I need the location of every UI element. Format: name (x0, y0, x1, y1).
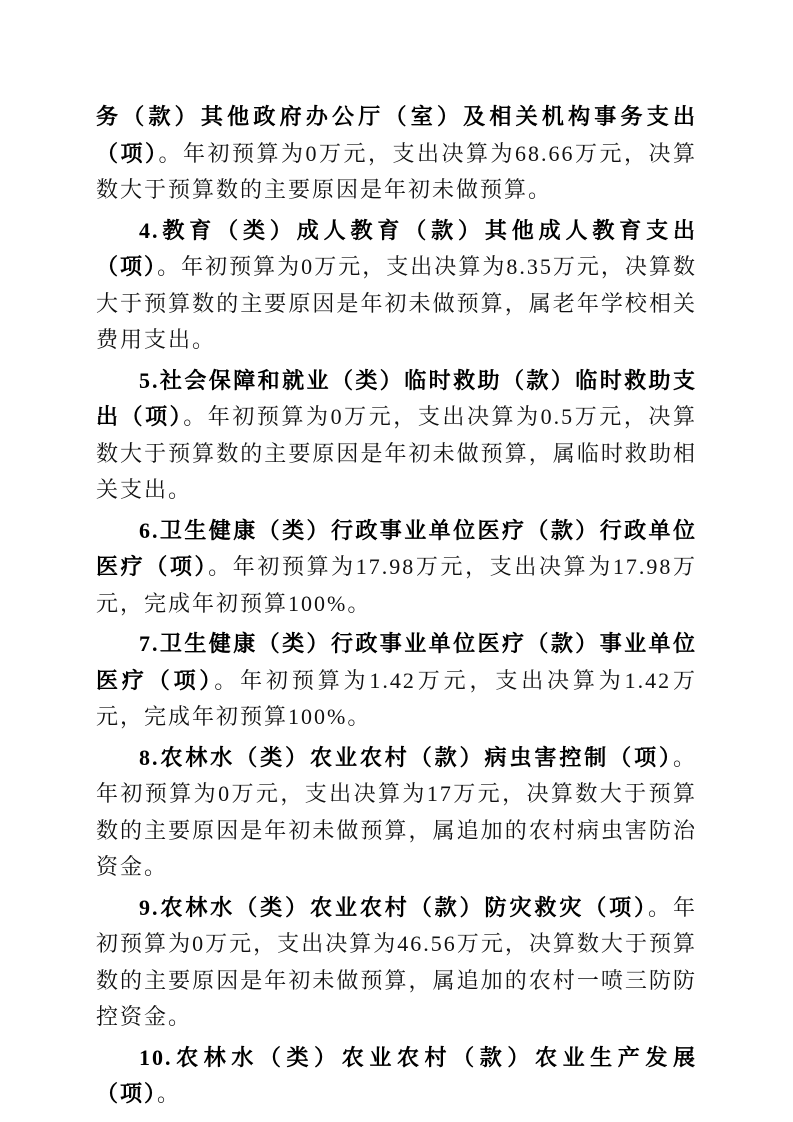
paragraph-item-10: 10.农林水（类）农业农村（款）农业生产发展（项）。 (96, 1040, 697, 1113)
clause-text: 。 (157, 1081, 181, 1106)
paragraph-item-4: 4.教育（类）成人教育（款）其他成人教育支出（项）。年初预算为0万元，支出决算为… (96, 213, 697, 359)
clause-text: 。年初预算为0万元，支出决算为68.66万元，决算数大于预算数的主要原因是年初未… (96, 141, 697, 203)
paragraph-item-7: 7.卫生健康（类）行政事业单位医疗（款）事业单位医疗（项）。年初预算为1.42万… (96, 626, 697, 736)
clause-heading: 9.农林水（类）农业农村（款）防灾救灾（项） (139, 895, 648, 920)
clause-text: 。年初预算为0万元，支出决算为0.5万元，决算数大于预算数的主要原因是年初未做预… (96, 404, 697, 502)
document-page: 务（款）其他政府办公厅（室）及相关机构事务支出（项）。年初预算为0万元，支出决算… (0, 0, 793, 1122)
document-body: 务（款）其他政府办公厅（室）及相关机构事务支出（项）。年初预算为0万元，支出决算… (96, 99, 697, 1113)
paragraph-item-6: 6.卫生健康（类）行政事业单位医疗（款）行政单位医疗（项）。年初预算为17.98… (96, 513, 697, 623)
clause-text: 。年初预算为0万元，支出决算为8.35万元，决算数大于预算数的主要原因是年初未做… (96, 254, 697, 352)
paragraph-item-9: 9.农林水（类）农业农村（款）防灾救灾（项）。年初预算为0万元，支出决算为46.… (96, 890, 697, 1036)
clause-heading: 10.农林水（类）农业农村（款）农业生产发展（项） (96, 1045, 697, 1107)
paragraph-item-5: 5.社会保障和就业（类）临时救助（款）临时救助支出（项）。年初预算为0万元，支出… (96, 363, 697, 509)
paragraph-item-8: 8.农林水（类）农业农村（款）病虫害控制（项）。年初预算为0万元，支出决算为17… (96, 740, 697, 886)
paragraph-continuation: 务（款）其他政府办公厅（室）及相关机构事务支出（项）。年初预算为0万元，支出决算… (96, 99, 697, 209)
clause-heading: 8.农林水（类）农业农村（款）病虫害控制（项） (139, 745, 673, 770)
